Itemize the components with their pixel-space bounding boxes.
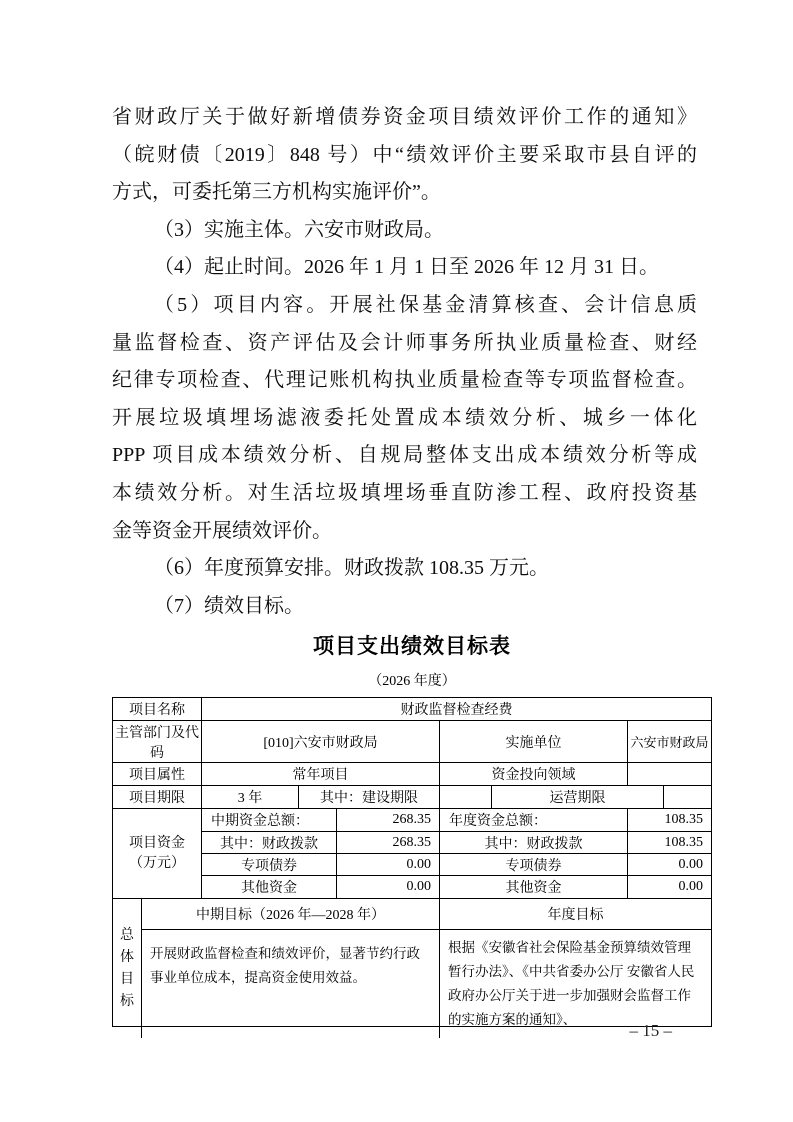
body-line: 省财政厅关于做好新增债券资金项目绩效评价工作的通知》 [112, 99, 697, 137]
fund-row: 中期资金总额： 268.35 年度资金总额： 108.35 [201, 809, 711, 831]
body-line: （皖财债〔2019〕848 号）中“绩效评价主要采取市县自评的 [112, 137, 697, 175]
fund-label-line2: （万元） [129, 854, 185, 874]
table-subtitle: （2026 年度） [112, 670, 712, 690]
page-content: 省财政厅关于做好新增债券资金项目绩效评价工作的通知》 （皖财债〔2019〕848… [112, 99, 712, 1027]
goal-section: 总体目标 中期目标（2026 年—2028 年） 年度目标 开展财政监督检查和绩… [113, 898, 711, 1038]
page-number: – 15 – [0, 1021, 672, 1041]
fund-subgrid: 中期资金总额： 268.35 年度资金总额： 108.35 其中：财政拨款 26… [201, 809, 711, 898]
body-line: PPP 项目成本绩效分析、自规局整体支出成本绩效分析等成 [112, 437, 697, 475]
body-line: 开展垃圾填埋场滤液委托处置成本绩效分析、城乡一体化 [112, 400, 697, 438]
midterm-goal-header-cell: 中期目标（2026 年—2028 年） [141, 899, 439, 929]
midterm-fiscal-value-cell: 268.35 [336, 832, 439, 853]
body-line: （3）实施主体。六安市财政局。 [112, 212, 697, 250]
fund-label-line1: 项目资金 [129, 834, 185, 854]
period-value-cell: 3 年 [201, 786, 298, 808]
build-period-value-cell [439, 786, 491, 808]
table-row: 项目名称 财政监督检查经费 [113, 698, 711, 720]
body-line: （5）项目内容。开展社保基金清算核查、会计信息质 [112, 287, 697, 325]
department-value-cell: [010]六安市财政局 [201, 721, 439, 762]
fund-row: 专项债券 0.00 专项债券 0.00 [201, 853, 711, 875]
annual-total-value-cell: 108.35 [627, 809, 711, 831]
midterm-bond-label-cell: 专项债券 [201, 854, 336, 875]
midterm-other-value-cell: 0.00 [336, 876, 439, 898]
project-name-label-cell: 项目名称 [113, 698, 201, 720]
fund-row: 其他资金 0.00 其他资金 0.00 [201, 875, 711, 898]
invest-field-value-cell [627, 763, 711, 785]
table-row: 项目属性 常年项目 资金投向领域 [113, 762, 711, 785]
body-line: 量监督检查、资产评估及会计师事务所执业质量检查、财经 [112, 325, 697, 363]
table-title: 项目支出绩效目标表 [112, 630, 712, 660]
annual-other-value-cell: 0.00 [627, 876, 711, 898]
body-paragraphs: 省财政厅关于做好新增债券资金项目绩效评价工作的通知》 （皖财债〔2019〕848… [112, 99, 697, 625]
table-row: 主管部门及代码 [010]六安市财政局 实施单位 六安市财政局 [113, 720, 711, 762]
fund-section: 项目资金 （万元） 中期资金总额： 268.35 年度资金总额： 108.35 … [113, 808, 711, 898]
midterm-other-label-cell: 其他资金 [201, 876, 336, 898]
body-line: 纪律专项检查、代理记账机构执业质量检查等专项监督检查。 [112, 362, 697, 400]
annual-fiscal-value-cell: 108.35 [627, 832, 711, 853]
annual-other-label-cell: 其他资金 [439, 876, 627, 898]
annual-bond-value-cell: 0.00 [627, 854, 711, 875]
body-line: 本绩效分析。对生活垃圾填埋场垂直防渗工程、政府投资基 [112, 475, 697, 513]
attribute-label-cell: 项目属性 [113, 763, 201, 785]
annual-goal-header-cell: 年度目标 [439, 899, 711, 929]
invest-field-label-cell: 资金投向领域 [439, 763, 627, 785]
build-period-label-cell: 其中：建设期限 [298, 786, 439, 808]
annual-bond-label-cell: 专项债券 [439, 854, 627, 875]
body-line: （6）年度预算安排。财政拨款 108.35 万元。 [112, 550, 697, 588]
oper-period-label-cell: 运营期限 [491, 786, 663, 808]
fund-row: 其中：财政拨款 268.35 其中：财政拨款 108.35 [201, 831, 711, 853]
impl-unit-value-cell: 六安市财政局 [627, 721, 711, 762]
project-name-value-cell: 财政监督检查经费 [201, 698, 711, 720]
midterm-fiscal-label-cell: 其中：财政拨款 [201, 832, 336, 853]
body-line: （7）绩效目标。 [112, 588, 697, 626]
body-line: 金等资金开展绩效评价。 [112, 513, 697, 551]
goal-subgrid: 中期目标（2026 年—2028 年） 年度目标 开展财政监督检查和绩效评价，显… [141, 899, 711, 1038]
annual-fiscal-label-cell: 其中：财政拨款 [439, 832, 627, 853]
midterm-total-label-cell: 中期资金总额： [201, 809, 336, 831]
performance-target-table: 项目名称 财政监督检查经费 主管部门及代码 [010]六安市财政局 实施单位 六… [112, 697, 712, 1027]
department-label-cell: 主管部门及代码 [113, 721, 201, 762]
body-line: （4）起止时间。2026 年 1 月 1 日至 2026 年 12 月 31 日… [112, 249, 697, 287]
impl-unit-label-cell: 实施单位 [439, 721, 627, 762]
overall-goal-label-cell: 总体目标 [113, 899, 141, 1038]
period-label-cell: 项目期限 [113, 786, 201, 808]
fund-label-cell: 项目资金 （万元） [113, 809, 201, 898]
goal-header-row: 中期目标（2026 年—2028 年） 年度目标 [141, 899, 711, 929]
attribute-value-cell: 常年项目 [201, 763, 439, 785]
annual-total-label-cell: 年度资金总额： [439, 809, 627, 831]
document-page: 省财政厅关于做好新增债券资金项目绩效评价工作的通知》 （皖财债〔2019〕848… [0, 0, 793, 1122]
midterm-total-value-cell: 268.35 [336, 809, 439, 831]
oper-period-value-cell [663, 786, 711, 808]
table-row: 项目期限 3 年 其中：建设期限 运营期限 [113, 785, 711, 808]
body-line: 方式，可委托第三方机构实施评价”。 [112, 174, 697, 212]
midterm-bond-value-cell: 0.00 [336, 854, 439, 875]
